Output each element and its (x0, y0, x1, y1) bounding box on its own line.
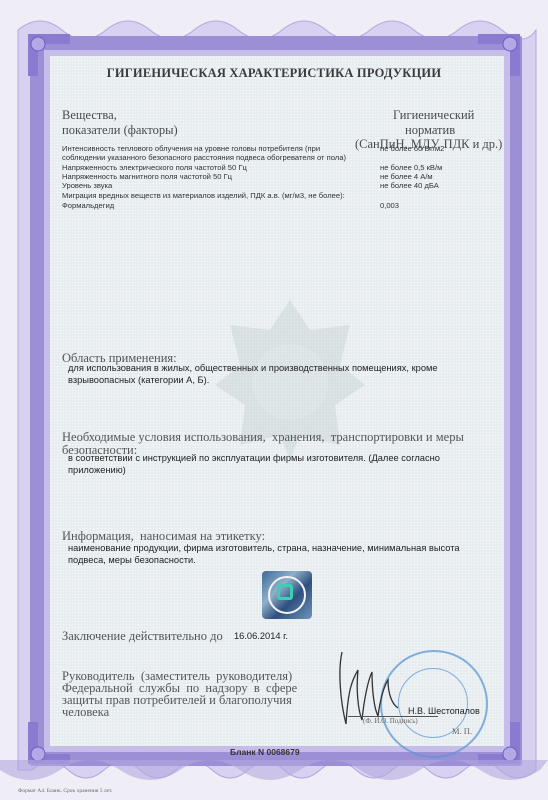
footer-note: Формат А4. Бланк. Срок хранения 5 лет. (18, 788, 112, 794)
header-substances-2: показатели (факторы) (62, 123, 178, 137)
validity-date: 16.06.2014 г. (234, 631, 288, 641)
row-label: Формальдегид (62, 201, 114, 210)
hologram-icon (262, 571, 312, 619)
certificate-page: ГИГИЕНИЧЕСКАЯ ХАРАКТЕРИСТИКА ПРОДУКЦИИ В… (0, 0, 548, 800)
validity-label: Заключение действительно до (62, 630, 223, 643)
row-label: соблюдении указанного безопасного рассто… (62, 153, 346, 162)
conditions-text: в соответствии с инструкцией по эксплуат… (68, 452, 488, 476)
row-label: Интенсивность теплового облучения на уро… (62, 144, 320, 153)
guilloche-bottom (0, 760, 548, 790)
header-substances: Вещества, (62, 108, 117, 122)
blank-number: Бланк N 0068679 (230, 747, 300, 757)
row-label: Напряженность магнитного поля частотой 5… (62, 172, 232, 181)
header-norm-2: норматив (405, 123, 455, 138)
row-value: не более 4 А/м (380, 172, 433, 181)
scope-text: для использования в жилых, общественных … (68, 362, 488, 386)
row-value: не более 40 дБА (380, 181, 439, 190)
row-value: не более 60 Вт/м2 (380, 144, 444, 153)
signatory-line: человека (62, 706, 109, 718)
row-label: Напряженность электрического поля частот… (62, 163, 247, 172)
seal-caption: М. П. (452, 726, 472, 736)
header-norm-1: Гигиенический (393, 108, 474, 123)
document-title: ГИГИЕНИЧЕСКАЯ ХАРАКТЕРИСТИКА ПРОДУКЦИИ (0, 66, 548, 81)
label-info-text: наименование продукции, фирма изготовите… (68, 542, 488, 566)
signatory-name: Н.В. Шестопалов (408, 706, 480, 716)
row-label: Уровень звука (62, 181, 112, 190)
row-label: Миграция вредных веществ из материалов и… (62, 191, 345, 200)
row-value: не более 0,5 кВ/м (380, 163, 442, 172)
signatory-name-caption: (Ф. И.О. Подпись) (363, 717, 418, 725)
row-value: 0,003 (380, 201, 399, 210)
